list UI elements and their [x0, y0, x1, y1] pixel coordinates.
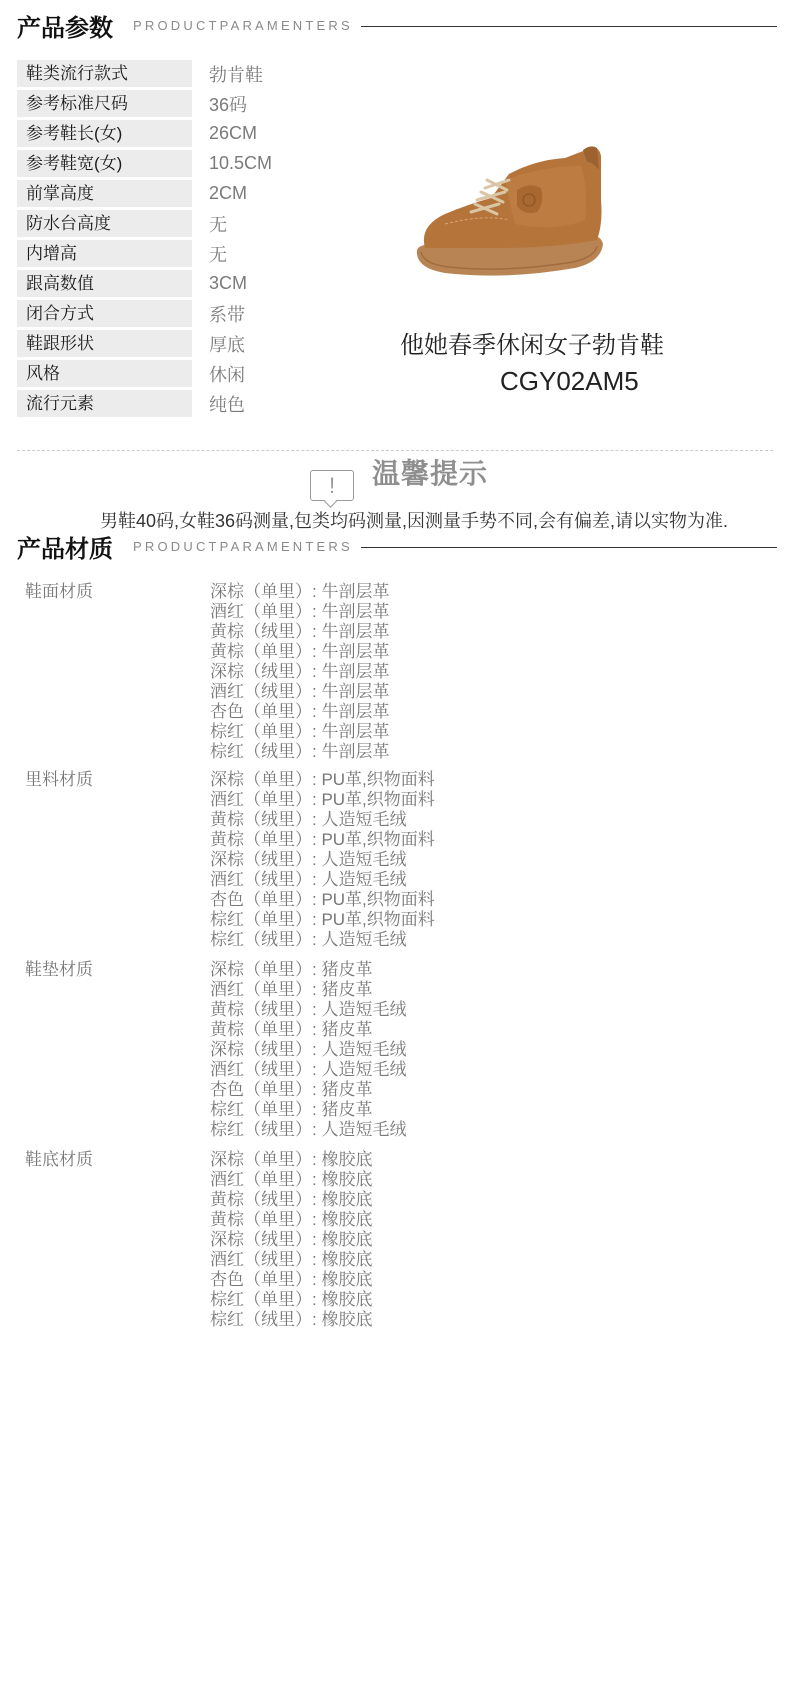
param-row: 参考鞋宽(女)10.5CM: [17, 150, 272, 177]
params-table: 鞋类流行款式勃肯鞋 参考标准尺码36码 参考鞋长(女)26CM 参考鞋宽(女)1…: [17, 60, 272, 420]
material-line: 棕红（绒里）: 人造短毛绒: [210, 930, 435, 950]
material-values: 深棕（单里）: 猪皮革 酒红（单里）: 猪皮革 黄棕（绒里）: 人造短毛绒 黄棕…: [210, 960, 406, 1150]
param-value: 无: [209, 211, 227, 237]
param-label: 流行元素: [17, 390, 192, 417]
param-row: 流行元素纯色: [17, 390, 272, 417]
material-values: 深棕（单里）: 牛剖层革 酒红（单里）: 牛剖层革 黄棕（绒里）: 牛剖层革 黄…: [210, 582, 389, 770]
material-line: 黄棕（绒里）: 人造短毛绒: [210, 1000, 406, 1020]
material-label: 鞋底材质: [25, 1150, 210, 1340]
material-line: 深棕（绒里）: 人造短毛绒: [210, 1040, 406, 1060]
material-line: 深棕（单里）: 橡胶底: [210, 1150, 372, 1170]
material-line: 酒红（单里）: 橡胶底: [210, 1170, 372, 1190]
material-line: 黄棕（绒里）: 牛剖层革: [210, 622, 389, 642]
param-label: 鞋类流行款式: [17, 60, 192, 87]
param-row: 参考鞋长(女)26CM: [17, 120, 272, 147]
material-line: 黄棕（单里）: 牛剖层革: [210, 642, 389, 662]
param-label: 防水台高度: [17, 210, 192, 237]
param-row: 鞋类流行款式勃肯鞋: [17, 60, 272, 87]
param-value: 10.5CM: [209, 153, 272, 174]
material-line: 黄棕（绒里）: 人造短毛绒: [210, 810, 435, 830]
param-label: 前掌高度: [17, 180, 192, 207]
tip-title: 温馨提示: [372, 452, 488, 492]
material-line: 酒红（绒里）: 人造短毛绒: [210, 1060, 406, 1080]
param-label: 风格: [17, 360, 192, 387]
material-line: 棕红（绒里）: 人造短毛绒: [210, 1120, 406, 1140]
material-line: 深棕（绒里）: 牛剖层革: [210, 662, 389, 682]
params-section-subtitle: PRODUCTPARAMENTERS: [133, 18, 353, 33]
materials-section-subtitle: PRODUCTPARAMENTERS: [133, 539, 353, 554]
param-label: 鞋跟形状: [17, 330, 192, 357]
material-line: 酒红（单里）: 牛剖层革: [210, 602, 389, 622]
param-value: 36码: [209, 91, 247, 117]
material-line: 酒红（绒里）: 牛剖层革: [210, 682, 389, 702]
material-label: 鞋面材质: [25, 582, 210, 770]
material-line: 深棕（单里）: 猪皮革: [210, 960, 406, 980]
param-label: 闭合方式: [17, 300, 192, 327]
material-label: 里料材质: [25, 770, 210, 960]
param-label: 参考鞋长(女): [17, 120, 192, 147]
material-line: 杏色（单里）: 橡胶底: [210, 1270, 372, 1290]
exclamation-icon: !: [329, 475, 335, 497]
material-line: 黄棕（单里）: 橡胶底: [210, 1210, 372, 1230]
material-line: 黄棕（绒里）: 橡胶底: [210, 1190, 372, 1210]
material-group-insole: 鞋垫材质 深棕（单里）: 猪皮革 酒红（单里）: 猪皮革 黄棕（绒里）: 人造短…: [25, 960, 435, 1150]
material-line: 黄棕（单里）: 猪皮革: [210, 1020, 406, 1040]
material-line: 黄棕（单里）: PU革,织物面料: [210, 830, 435, 850]
param-label: 参考标准尺码: [17, 90, 192, 117]
param-label: 内增高: [17, 240, 192, 267]
param-value: 纯色: [209, 391, 245, 417]
material-line: 酒红（绒里）: 橡胶底: [210, 1250, 372, 1270]
material-line: 棕红（单里）: 牛剖层革: [210, 722, 389, 742]
material-line: 深棕（绒里）: 人造短毛绒: [210, 850, 435, 870]
param-row: 鞋跟形状厚底: [17, 330, 272, 357]
param-value: 3CM: [209, 273, 247, 294]
param-row: 跟高数值3CM: [17, 270, 272, 297]
material-line: 杏色（单里）: PU革,织物面料: [210, 890, 435, 910]
material-group-lining: 里料材质 深棕（单里）: PU革,织物面料 酒红（单里）: PU革,织物面料 黄…: [25, 770, 435, 960]
material-line: 酒红（单里）: PU革,织物面料: [210, 790, 435, 810]
param-row: 防水台高度无: [17, 210, 272, 237]
warning-speech-bubble-icon: !: [310, 470, 354, 501]
param-value: 26CM: [209, 123, 257, 144]
materials-section-header: 产品材质 PRODUCTPARAMENTERS: [17, 526, 777, 566]
param-row: 前掌高度2CM: [17, 180, 272, 207]
param-label: 参考鞋宽(女): [17, 150, 192, 177]
section-divider-line: [361, 26, 777, 27]
product-image: [405, 140, 615, 290]
param-row: 闭合方式系带: [17, 300, 272, 327]
params-section-title: 产品参数: [17, 8, 113, 43]
material-line: 深棕（绒里）: 橡胶底: [210, 1230, 372, 1250]
dashed-divider: [17, 450, 773, 451]
material-label: 鞋垫材质: [25, 960, 210, 1150]
material-line: 酒红（绒里）: 人造短毛绒: [210, 870, 435, 890]
product-name: 他她春季休闲女子勃肯鞋: [400, 325, 664, 360]
section-divider-line: [361, 547, 777, 548]
param-value: 2CM: [209, 183, 247, 204]
param-value: 系带: [209, 301, 245, 327]
materials-list: 鞋面材质 深棕（单里）: 牛剖层革 酒红（单里）: 牛剖层革 黄棕（绒里）: 牛…: [25, 582, 435, 1340]
material-line: 棕红（单里）: 橡胶底: [210, 1290, 372, 1310]
boot-icon: [405, 140, 615, 290]
param-row: 风格休闲: [17, 360, 272, 387]
param-value: 厚底: [209, 331, 245, 357]
param-value: 休闲: [209, 361, 245, 387]
material-values: 深棕（单里）: PU革,织物面料 酒红（单里）: PU革,织物面料 黄棕（绒里）…: [210, 770, 435, 960]
material-line: 棕红（单里）: PU革,织物面料: [210, 910, 435, 930]
param-value: 勃肯鞋: [209, 61, 263, 87]
product-code: CGY02AM5: [500, 366, 639, 397]
material-line: 杏色（单里）: 猪皮革: [210, 1080, 406, 1100]
param-value: 无: [209, 241, 227, 267]
material-values: 深棕（单里）: 橡胶底 酒红（单里）: 橡胶底 黄棕（绒里）: 橡胶底 黄棕（单…: [210, 1150, 372, 1340]
material-line: 深棕（单里）: 牛剖层革: [210, 582, 389, 602]
material-line: 棕红（绒里）: 牛剖层革: [210, 742, 389, 762]
materials-section-title: 产品材质: [17, 529, 113, 564]
params-section-header: 产品参数 PRODUCTPARAMENTERS: [17, 5, 777, 45]
material-line: 杏色（单里）: 牛剖层革: [210, 702, 389, 722]
param-label: 跟高数值: [17, 270, 192, 297]
material-group-sole: 鞋底材质 深棕（单里）: 橡胶底 酒红（单里）: 橡胶底 黄棕（绒里）: 橡胶底…: [25, 1150, 435, 1340]
material-line: 棕红（单里）: 猪皮革: [210, 1100, 406, 1120]
param-row: 参考标准尺码36码: [17, 90, 272, 117]
material-line: 棕红（绒里）: 橡胶底: [210, 1310, 372, 1330]
material-line: 酒红（单里）: 猪皮革: [210, 980, 406, 1000]
material-line: 深棕（单里）: PU革,织物面料: [210, 770, 435, 790]
param-row: 内增高无: [17, 240, 272, 267]
material-group-upper: 鞋面材质 深棕（单里）: 牛剖层革 酒红（单里）: 牛剖层革 黄棕（绒里）: 牛…: [25, 582, 435, 770]
